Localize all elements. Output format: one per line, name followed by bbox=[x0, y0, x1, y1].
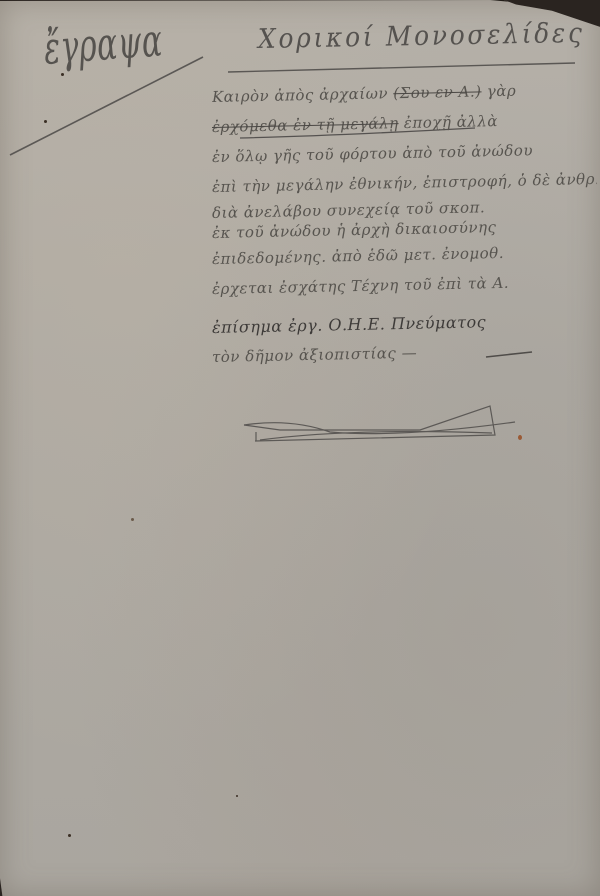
rust-spot bbox=[518, 435, 522, 440]
margin-note: ἔγραψα bbox=[42, 15, 164, 76]
paper-speck bbox=[44, 120, 47, 123]
struck-text: (Σου εν Α.) bbox=[393, 82, 482, 102]
text-line: ἐπιδεδομένης. ἀπὸ ἑδῶ μετ. ἐνομοθ. bbox=[212, 242, 597, 268]
text-line: ἐπὶ τὴν μεγάλην ἐθνικήν, ἐπιστροφή, ὁ δὲ… bbox=[212, 170, 597, 196]
paper-speck bbox=[68, 834, 71, 837]
text-line: ἐν ὅλῳ γῆς τοῦ φόρτου ἀπὸ τοῦ ἀνώδου bbox=[212, 140, 597, 166]
manuscript-page: ἔγραψα Χορικοί Μονοσελίδες Καιρὸν ἀπὸς ἀ… bbox=[0, 0, 600, 896]
text-line: ἐπίσημα ἐργ. Ο.Η.Ε. Πνεύματος bbox=[212, 310, 597, 337]
text-line: Καιρὸν ἀπὸς ἀρχαίων (Σου εν Α.) γὰρ bbox=[212, 80, 597, 106]
text-line: ἐρχεται ἐσχάτης Τέχνη τοῦ ἐπὶ τὰ Α. bbox=[212, 272, 597, 298]
page-title: Χορικοί Μονοσελίδες bbox=[258, 18, 585, 55]
torn-corner bbox=[490, 0, 600, 20]
line-tail: γὰρ bbox=[481, 82, 516, 101]
struck-text: ἐρχόμεθα ἐν τῇ μεγάλῃ bbox=[212, 114, 399, 136]
paper-speck bbox=[61, 73, 64, 76]
text-line: ἐρχόμεθα ἐν τῇ μεγάλῃ ἐποχῇ ἀλλὰ bbox=[212, 110, 597, 136]
pencil-strokes bbox=[0, 0, 600, 896]
line-text: Καιρὸν ἀπὸς ἀρχαίων bbox=[212, 84, 394, 106]
paper-speck bbox=[236, 795, 238, 797]
line-tail: ἐποχῇ ἀλλὰ bbox=[398, 112, 498, 132]
text-line: τὸν δῆμον ἀξιοπιστίας — bbox=[212, 340, 597, 366]
paper-speck bbox=[131, 518, 134, 521]
